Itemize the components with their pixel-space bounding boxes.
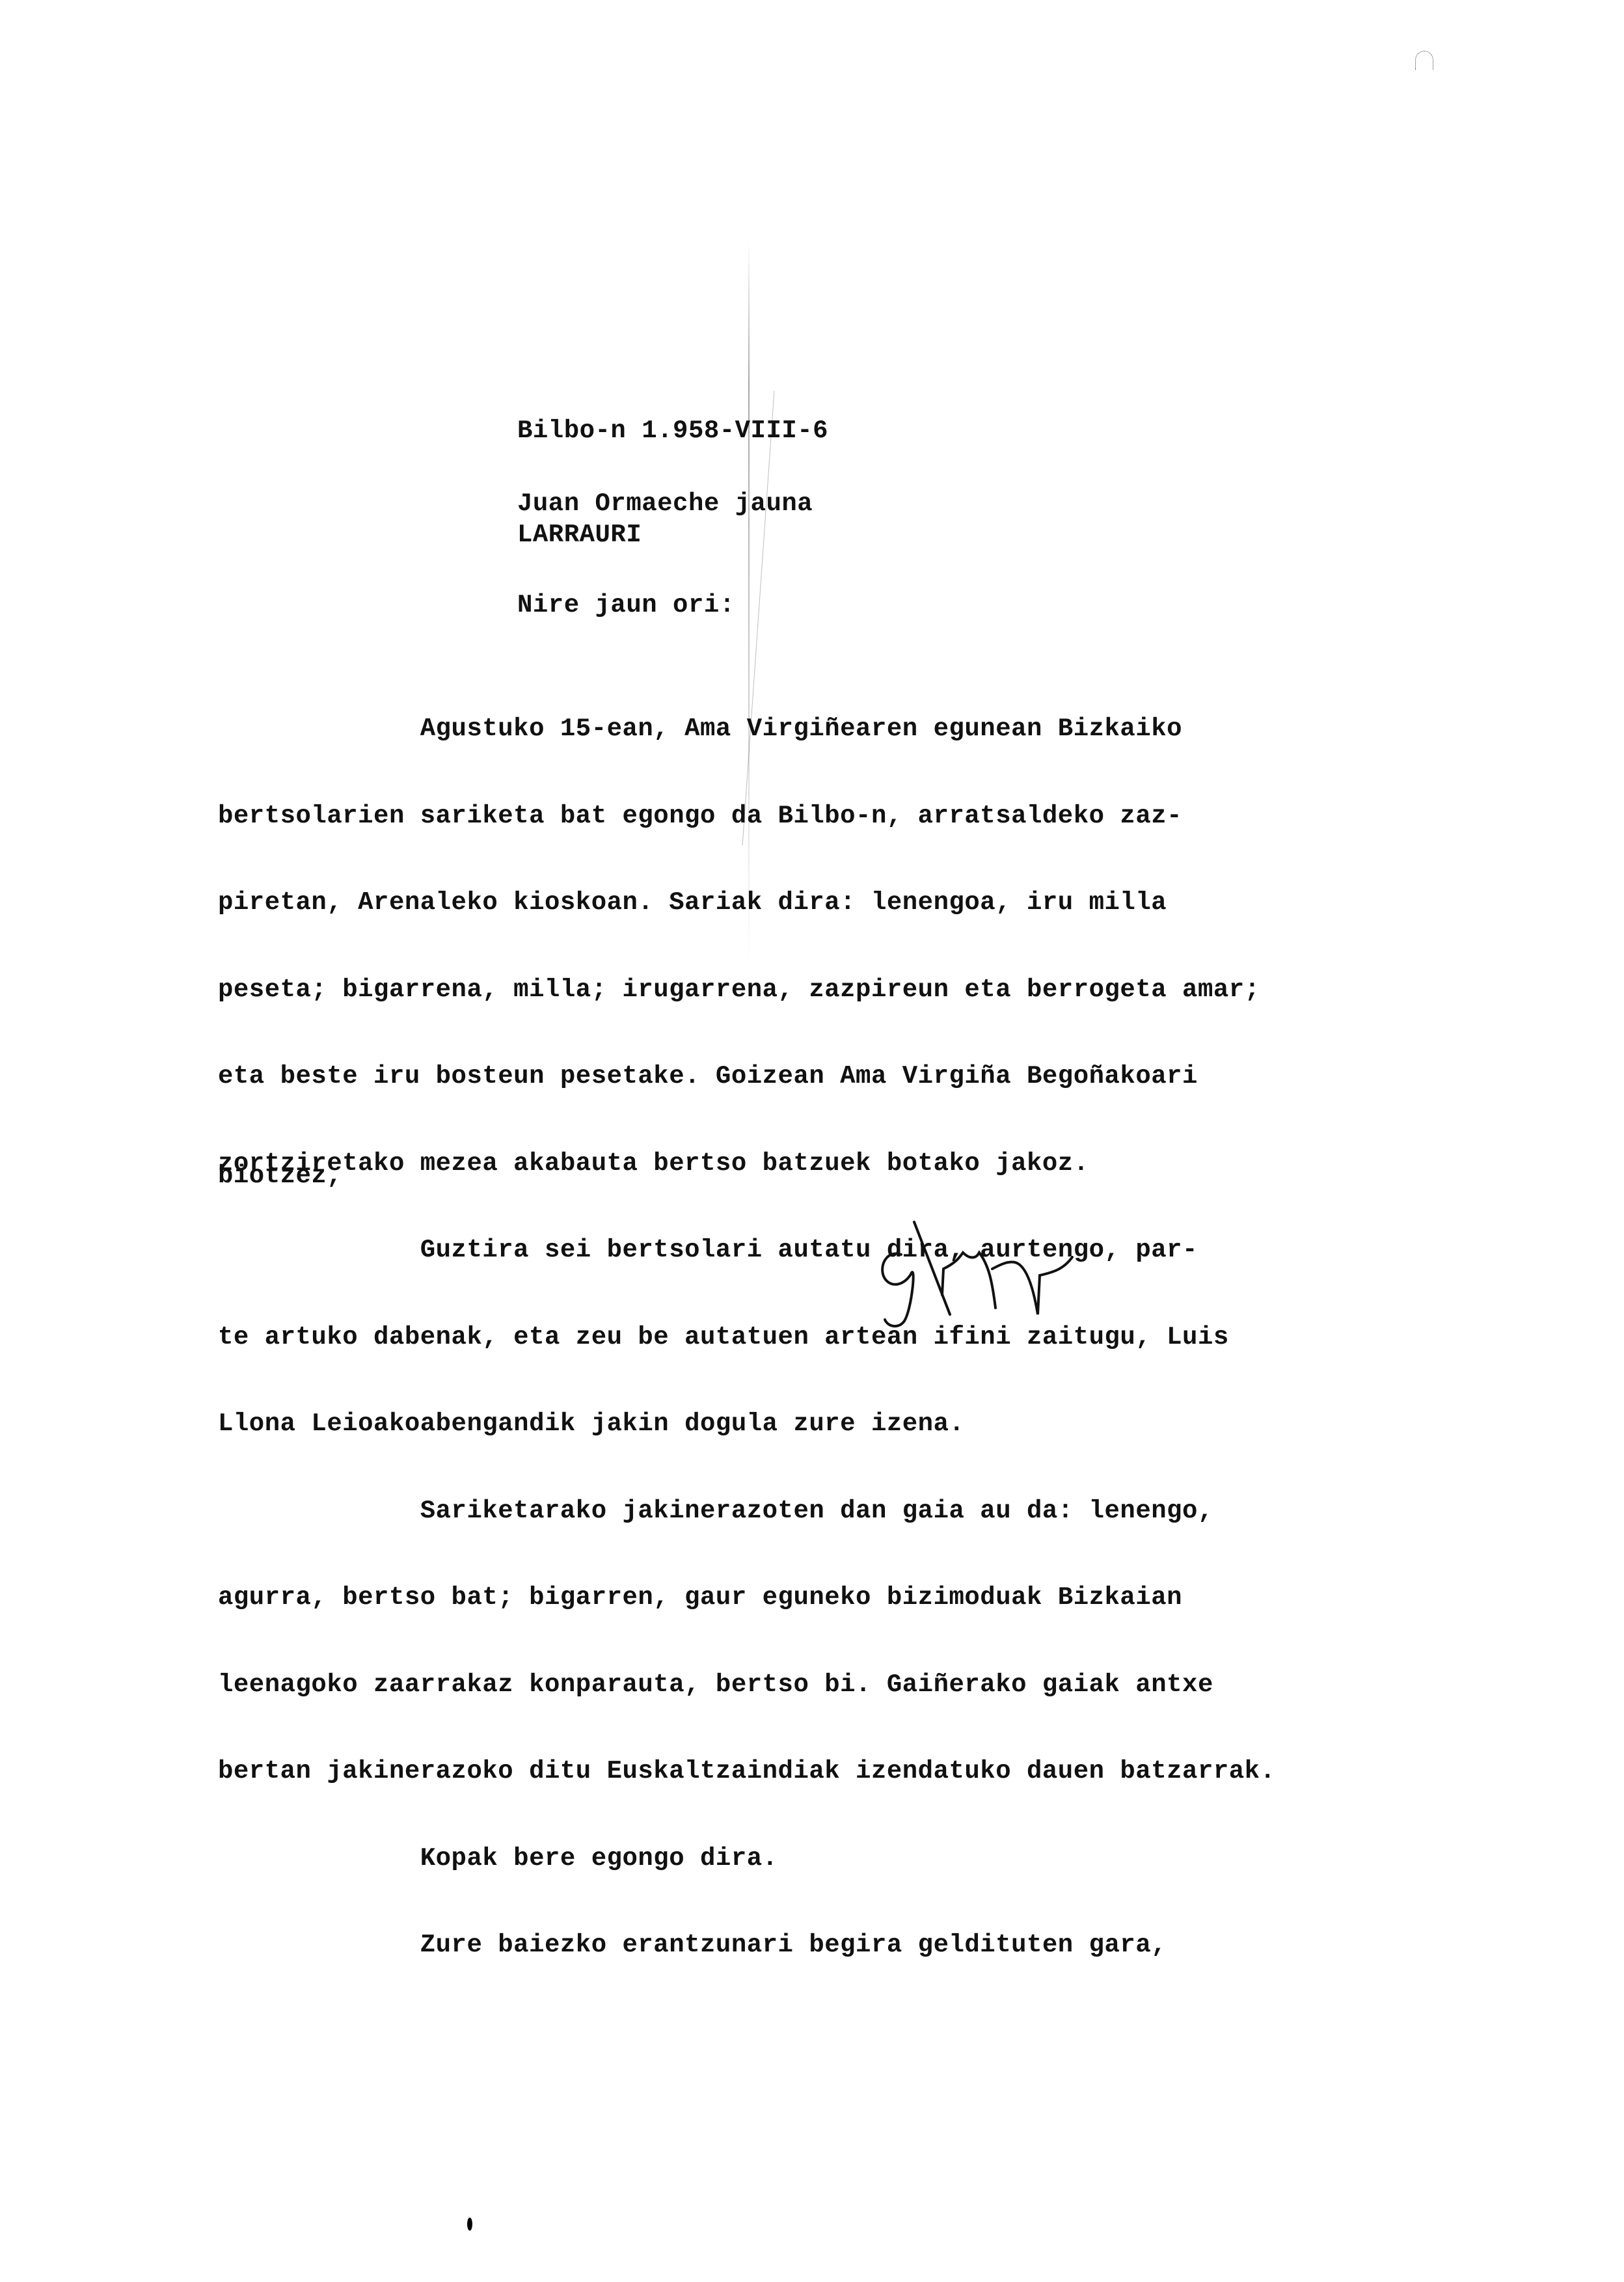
body-line: Agustuko 15-ean, Ama Virgiñearen egunean… <box>218 714 1275 744</box>
letter-date: Bilbo-n 1.958-VIII-6 <box>517 416 828 445</box>
body-line: eta beste iru bosteun pesetake. Goizean … <box>218 1062 1275 1092</box>
body-line: bertan jakinerazoko ditu Euskaltzaindiak… <box>218 1757 1275 1787</box>
body-line: Sariketarako jakinerazoten dan gaia au d… <box>218 1497 1275 1527</box>
body-line: zortziretako mezea akabauta bertso batzu… <box>218 1149 1275 1179</box>
body-line: bertsolarien sariketa bat egongo da Bilb… <box>218 802 1275 832</box>
body-line: piretan, Arenaleko kioskoan. Sariak dira… <box>218 888 1275 918</box>
corner-mark <box>1415 51 1433 70</box>
body-line: agurra, bertso bat; bigarren, gaur egune… <box>218 1583 1275 1613</box>
signature <box>865 1210 1113 1340</box>
body-line: leenagoko zaarrakaz konparauta, bertso b… <box>218 1670 1275 1700</box>
punch-hole-mark <box>467 2218 472 2231</box>
body-line: peseta; bigarrena, milla; irugarrena, za… <box>218 975 1275 1005</box>
body-line: Llona Leioakoabengandik jakin dogula zur… <box>218 1409 1275 1439</box>
body-line: Zure baiezko erantzunari begira gelditut… <box>218 1931 1275 1961</box>
letter-body: Agustuko 15-ean, Ama Virgiñearen egunean… <box>218 657 1275 2018</box>
body-line: Kopak bere egongo dira. <box>218 1844 1275 1874</box>
body-line: te artuko dabenak, eta zeu be autatuen a… <box>218 1323 1275 1353</box>
recipient-name: Juan Ormaeche jauna <box>517 489 813 518</box>
body-line: Guztira sei bertsolari autatu dira, aurt… <box>218 1236 1275 1266</box>
salutation: Nire jaun ori: <box>517 591 735 619</box>
letter-page: Bilbo-n 1.958-VIII-6 Juan Ormaeche jauna… <box>0 0 1624 2282</box>
closing: biotzez, <box>218 1161 342 1190</box>
recipient-place: LARRAURI <box>517 521 642 549</box>
